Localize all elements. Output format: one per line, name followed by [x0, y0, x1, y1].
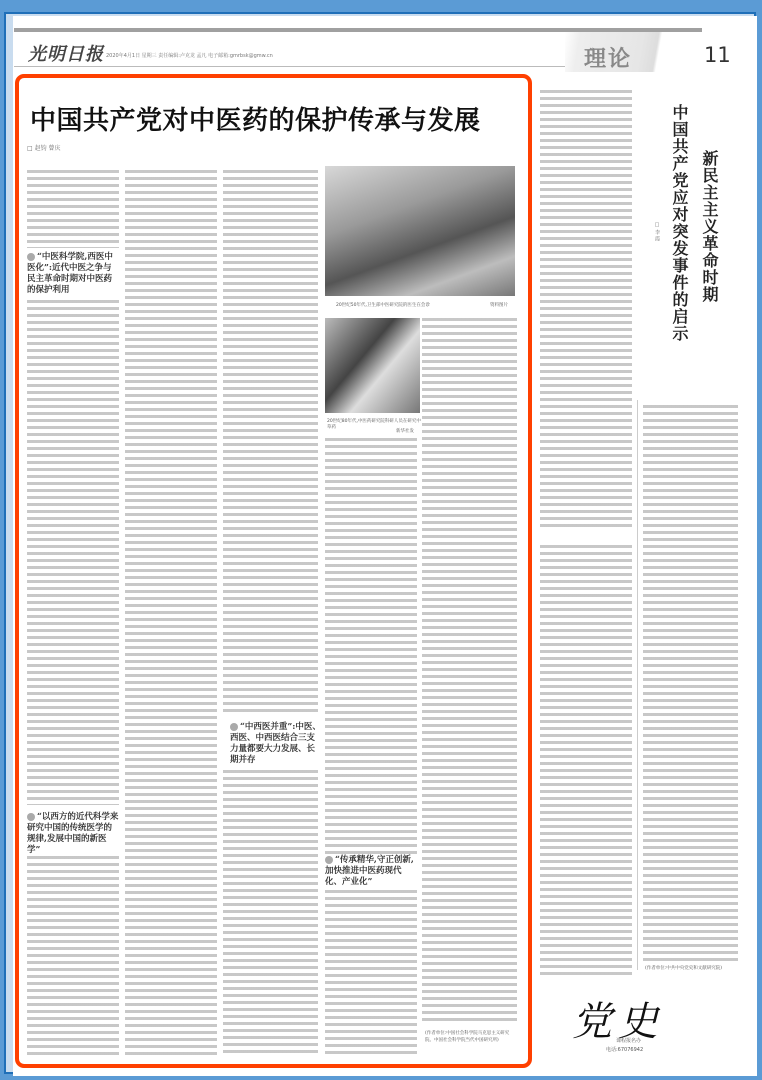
side-title-line1: 新民主主义革命时期 — [698, 150, 721, 303]
page-number: 11 — [704, 43, 731, 67]
header-rule — [14, 66, 574, 67]
column-divider — [637, 400, 638, 970]
ad-line1: 课程报名办 — [616, 1037, 641, 1044]
ad-phone: 电话:67076942 — [606, 1046, 643, 1053]
article-highlight-box — [15, 74, 532, 1068]
text-column — [643, 405, 738, 965]
side-byline: □ 李 霞 — [654, 222, 661, 241]
text-column — [540, 545, 632, 975]
side-footnote: (作者单位:中共中央党史和文献研究院) — [645, 965, 737, 972]
text-column — [540, 90, 632, 530]
side-title-line2: 中国共产党应对突发事件的启示 — [668, 104, 691, 342]
masthead-logo: 光明日报 — [28, 40, 104, 66]
issue-meta: 2020年4月1日 星期三 责任编辑:卢克龙 孟凡 电子邮箱:gmrbsk@gm… — [106, 52, 273, 59]
section-label: 理论 — [584, 42, 632, 73]
